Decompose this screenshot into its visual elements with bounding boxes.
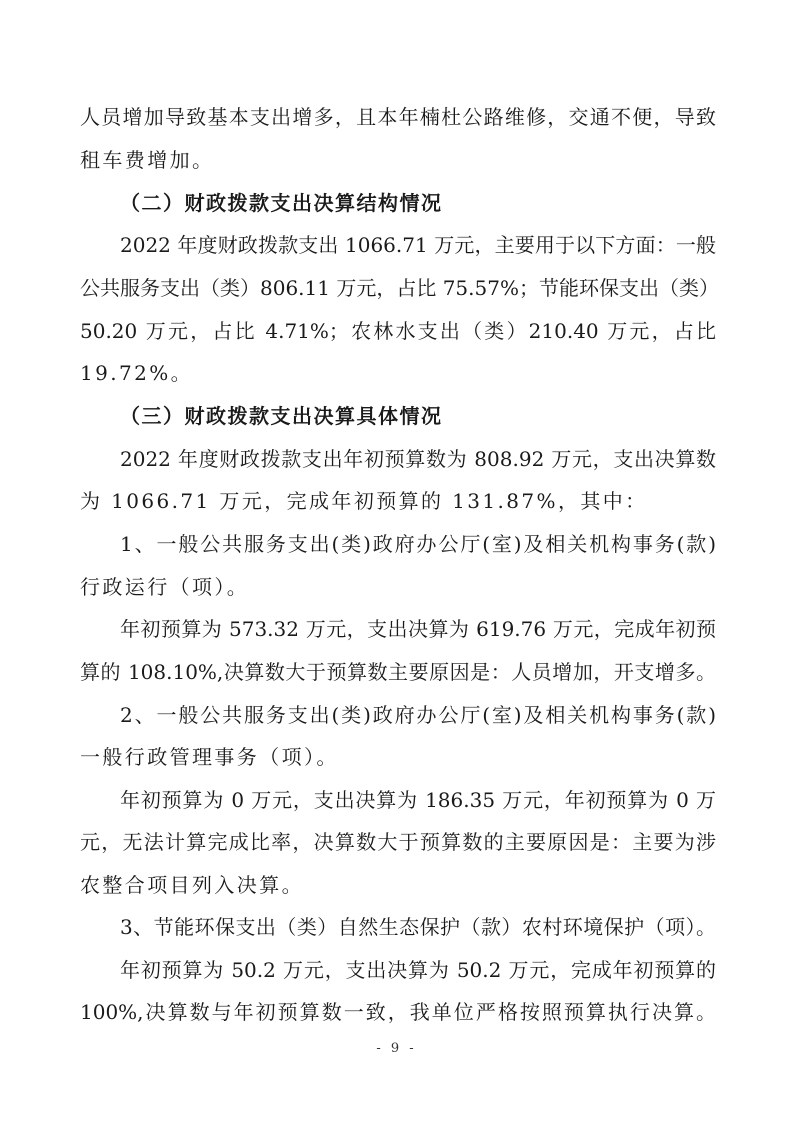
page-number: - 9 - — [0, 1041, 793, 1056]
text-line: 行政运行（项）。 — [80, 574, 716, 600]
section-heading: （三）财政拨款支出决算具体情况 — [120, 403, 756, 429]
text-line: 3、节能环保支出（类）自然生态保护（款）农村环境保护（项）。 — [120, 914, 716, 940]
text-line: 为 1066.71 万元，完成年初预算的 131.87%，其中： — [80, 488, 716, 514]
text-line: 公共服务支出（类）806.11 万元，占比 75.57%；节能环保支出（类） — [80, 275, 716, 301]
text-line: 1、一般公共服务支出(类)政府办公厅(室)及相关机构事务(款) — [120, 531, 716, 557]
text-line: 年初预算为 50.2 万元，支出决算为 50.2 万元，完成年初预算的 — [120, 957, 716, 983]
text-line: 19.72%。 — [80, 360, 716, 386]
text-line: 年初预算为 0 万元，支出决算为 186.35 万元，年初预算为 0 万 — [120, 787, 716, 813]
text-line: 一般行政管理事务（项）。 — [80, 744, 716, 770]
section-heading: （二）财政拨款支出决算结构情况 — [120, 190, 756, 216]
text-line: 元，无法计算完成比率，决算数大于预算数的主要原因是：主要为涉 — [80, 829, 716, 855]
text-line: 2、一般公共服务支出(类)政府办公厅(室)及相关机构事务(款) — [120, 702, 716, 728]
text-line: 租车费增加。 — [80, 147, 716, 173]
text-line: 100%,决算数与年初预算数一致，我单位严格按照预算执行决算。 — [80, 999, 716, 1025]
text-line: 50.20 万元，占比 4.71%；农林水支出（类）210.40 万元，占比 — [80, 318, 716, 344]
text-line: 年初预算为 573.32 万元，支出决算为 619.76 万元，完成年初预 — [120, 616, 716, 642]
text-line: 人员增加导致基本支出增多，且本年楠杜公路维修，交通不便，导致 — [80, 104, 716, 130]
text-line: 2022 年度财政拨款支出年初预算数为 808.92 万元，支出决算数 — [120, 446, 716, 472]
text-line: 算的 108.10%,决算数大于预算数主要原因是：人员增加，开支增多。 — [80, 659, 716, 685]
text-line: 2022 年度财政拨款支出 1066.71 万元，主要用于以下方面：一般 — [120, 232, 716, 258]
text-line: 农整合项目列入决算。 — [80, 872, 716, 898]
